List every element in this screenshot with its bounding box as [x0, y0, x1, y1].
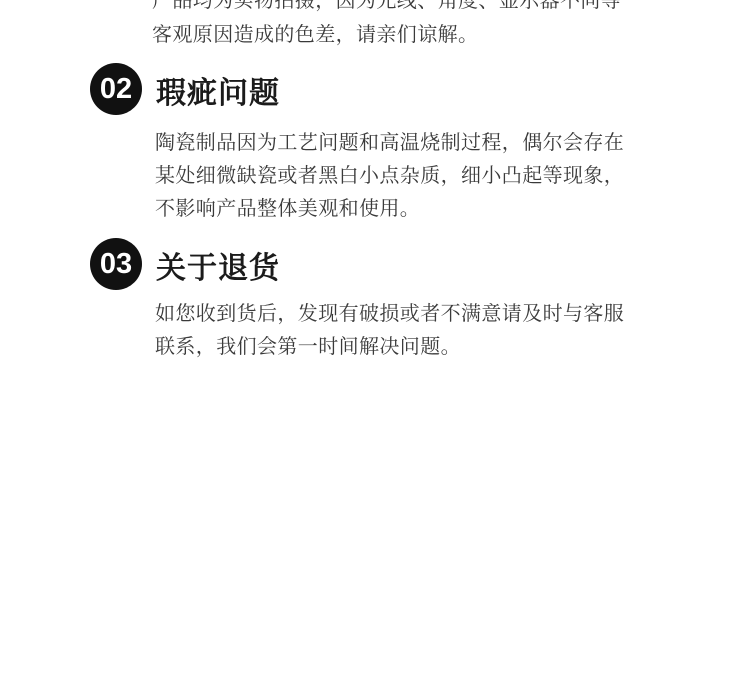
section-returns-header: 03 关于退货: [90, 238, 750, 290]
section-defects-body: 陶瓷制品因为工艺问题和高温烧制过程，偶尔会存在 某处细微缺瓷或者黑白小点杂质，细…: [155, 127, 700, 226]
section-defects-header: 02 瑕疵问题: [90, 63, 750, 115]
color-difference-notice-paragraph: 产品均为实物拍摄，因为光线、角度、显示器不同等 客观原因造成的色差，请亲们谅解。: [152, 0, 697, 52]
section-returns-body: 如您收到货后，发现有破损或者不满意请及时与客服 联系，我们会第一时间解决问题。: [155, 298, 700, 364]
badge-number: 02: [100, 73, 132, 106]
section-defects-title: 瑕疵问题: [156, 66, 280, 112]
product-detail-page: 产品均为实物拍摄，因为光线、角度、显示器不同等 客观原因造成的色差，请亲们谅解。…: [0, 0, 750, 675]
number-badge-03: 03: [90, 238, 142, 290]
section-returns: 03 关于退货 如您收到货后，发现有破损或者不满意请及时与客服 联系，我们会第一…: [0, 238, 750, 364]
section-returns-title: 关于退货: [156, 241, 280, 287]
section-defects: 02 瑕疵问题 陶瓷制品因为工艺问题和高温烧制过程，偶尔会存在 某处细微缺瓷或者…: [0, 63, 750, 226]
badge-number: 03: [100, 248, 132, 281]
number-badge-02: 02: [90, 63, 142, 115]
